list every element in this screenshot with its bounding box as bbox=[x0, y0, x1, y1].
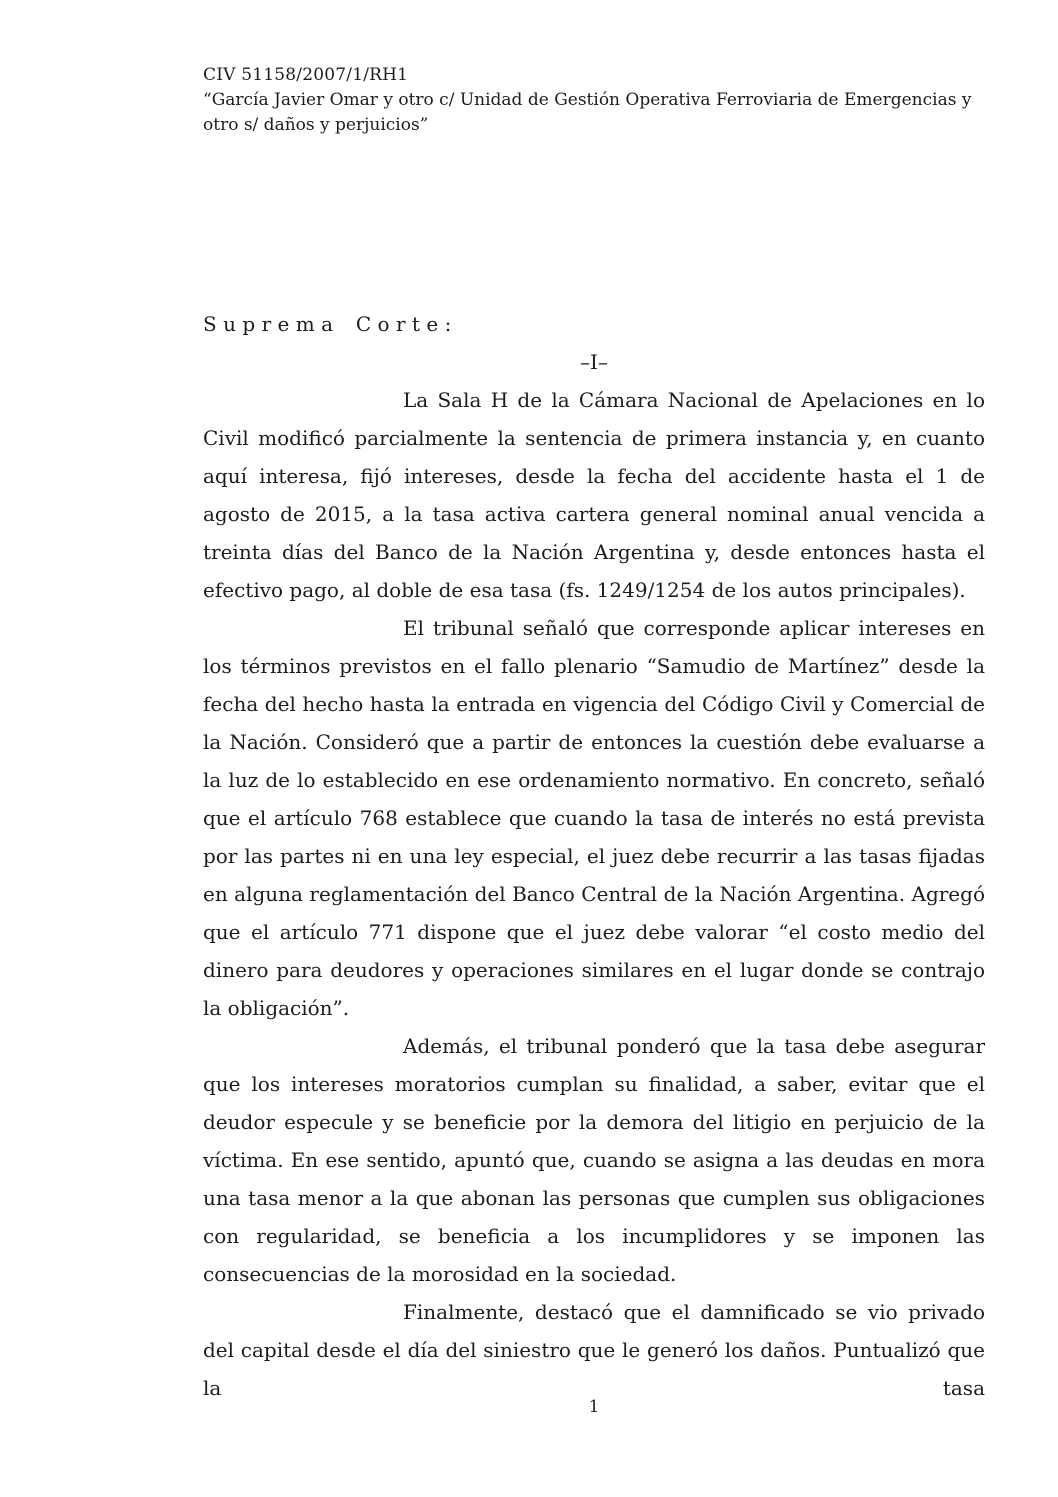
paragraph-4: Finalmente, destacó que el damnificado s… bbox=[203, 1293, 985, 1407]
section-marker: –I– bbox=[203, 343, 985, 381]
document-content: CIV 51158/2007/1/RH1 “García Javier Omar… bbox=[203, 0, 985, 1407]
case-number: CIV 51158/2007/1/RH1 bbox=[203, 63, 985, 88]
paragraph-2: El tribunal señaló que corresponde aplic… bbox=[203, 609, 985, 1027]
document-header: CIV 51158/2007/1/RH1 “García Javier Omar… bbox=[203, 0, 985, 138]
paragraph-3: Además, el tribunal ponderó que la tasa … bbox=[203, 1027, 985, 1293]
case-caption: “García Javier Omar y otro c/ Unidad de … bbox=[203, 88, 985, 138]
paragraph-1: La Sala H de la Cámara Nacional de Apela… bbox=[203, 381, 985, 609]
page-number: 1 bbox=[203, 1396, 985, 1418]
salutation: Suprema Corte: bbox=[203, 305, 985, 343]
document-page: CIV 51158/2007/1/RH1 “García Javier Omar… bbox=[0, 0, 1058, 1497]
